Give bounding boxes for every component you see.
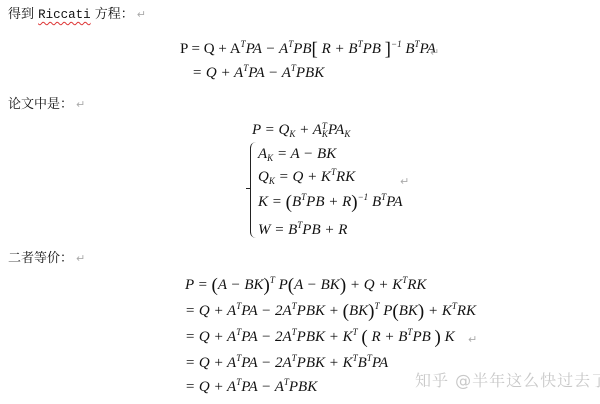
equivalence-line5: = Q + ATPA − ATPBK xyxy=(185,378,317,396)
left-brace xyxy=(250,142,258,238)
paragraph-mark-icon: ↵ xyxy=(76,98,85,111)
system-eq-qk: QK = Q + KTRK xyxy=(258,168,355,186)
equivalence-line3: = Q + ATPA − 2ATPBK + KT ( R + BTPB ) K xyxy=(185,328,455,347)
heading-text: 方程： xyxy=(91,7,134,22)
equivalence-line2: = Q + ATPA − 2ATPBK + (BK)T P(BK) + KTRK xyxy=(185,302,476,321)
paragraph-mark-icon: ↵ xyxy=(76,252,85,265)
equation-riccati-line1: P = Q + ATPA − ATPB[ R + BTPB ]−1 BTPA xyxy=(180,40,436,59)
paragraph-mark-icon: ↵ xyxy=(137,8,146,21)
watermark: 知乎 @半年这么快过去了 xyxy=(415,368,600,391)
equivalence-line4: = Q + ATPA − 2ATPBK + KTBTPA xyxy=(185,354,388,372)
section-heading-riccati: 得到 Riccati 方程：↵ xyxy=(8,7,146,23)
heading-text: 论文中是： xyxy=(8,97,73,112)
section-heading-equivalence: 二者等价：↵ xyxy=(8,251,85,267)
paragraph-mark-icon: ↵ xyxy=(468,333,477,346)
heading-text: 得到 xyxy=(8,7,38,22)
system-eq-ak: AK = A − BK xyxy=(258,145,336,163)
section-heading-paper: 论文中是：↵ xyxy=(8,97,85,113)
paragraph-mark-icon: ↵ xyxy=(430,46,439,59)
equivalence-line1: P = (A − BK)T P(A − BK) + Q + KTRK xyxy=(185,276,426,295)
equation-paper-line1: P = QK + ATKPAK xyxy=(252,121,350,139)
heading-text: 二者等价： xyxy=(8,251,73,266)
system-eq-k: K = (BTPB + R)−1 BTPA xyxy=(258,193,403,212)
system-eq-w: W = BTPB + R xyxy=(258,221,347,239)
paragraph-mark-icon: ↵ xyxy=(400,175,409,188)
equation-riccati-line2: = Q + ATPA − ATPBK xyxy=(192,64,324,82)
spellcheck-word: Riccati xyxy=(38,8,91,22)
